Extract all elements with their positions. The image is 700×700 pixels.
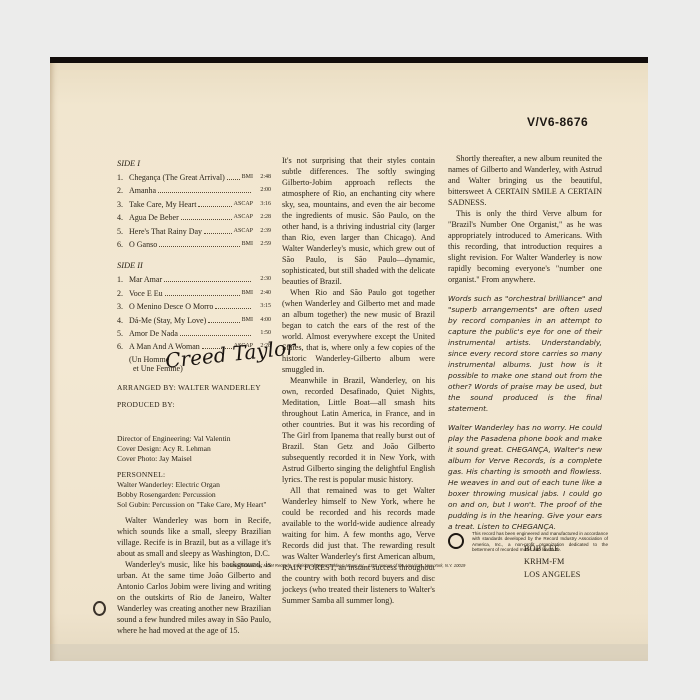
track-duration: 2:59	[255, 239, 271, 250]
riaa-seal-icon	[448, 533, 464, 549]
liner-paragraph: All that remained was to get Walter Wand…	[282, 485, 435, 606]
track-license: BMI	[242, 172, 253, 183]
track-row: 5.Amor De Nada1:50	[117, 328, 271, 339]
track-title: Dá-Me (Stay, My Love)	[129, 315, 206, 326]
track-title: Chegança (The Great Arrival)	[129, 172, 225, 183]
liner-notes-column-3: Shortly thereafter, a new album reunited…	[448, 153, 602, 581]
track-number: 1.	[117, 172, 129, 183]
leader-dots	[164, 274, 251, 282]
track-row: 2.Voce E EuBMI2:40	[117, 288, 271, 299]
manufacturer-line: Manufactured by: MGM Records, a division…	[230, 563, 465, 568]
leader-dots	[180, 328, 251, 336]
track-row: 5.Here's That Rainy DayASCAP2:39	[117, 226, 271, 237]
liner-notes-column-2: It's not surprising that their styles co…	[282, 155, 435, 606]
track-title: O Ganso	[129, 239, 157, 250]
track-license: ASCAP	[234, 212, 253, 223]
track-row: 2.Amanha2:00	[117, 185, 271, 196]
liner-paragraph: Walter Wanderley was born in Recife, whi…	[117, 515, 271, 559]
liner-paragraph-italic: Walter Wanderley has no worry. He could …	[448, 422, 602, 532]
leader-dots	[159, 239, 239, 247]
personnel-line: Walter Wanderley: Electric Organ	[117, 480, 271, 490]
track-title: Amanha	[129, 185, 156, 196]
liner-paragraph-italic: Words such as "orchestral brilliance" an…	[448, 293, 602, 414]
track-duration: 2:30	[255, 274, 271, 285]
leader-dots	[198, 199, 231, 207]
liner-paragraph: It's not surprising that their styles co…	[282, 155, 435, 287]
liner-paragraph: When Rio and São Paulo got together (whe…	[282, 287, 435, 375]
side-1-tracklist: 1.Chegança (The Great Arrival)BMI2:482.A…	[117, 172, 271, 250]
liner-paragraph: This is only the third Verve album for "…	[448, 208, 602, 285]
arranged-by: ARRANGED BY: WALTER WANDERLEY	[117, 382, 271, 393]
track-number: 3.	[117, 301, 129, 312]
track-row: 3.O Menino Desce O Morro3:15	[117, 301, 271, 312]
track-number: 6.	[117, 239, 129, 250]
track-row: 3.Take Care, My HeartASCAP3:16	[117, 199, 271, 210]
riaa-notice: This record has been engineered and manu…	[448, 531, 608, 553]
top-edge-bar	[50, 57, 648, 63]
track-duration: 3:15	[255, 301, 271, 312]
track-license: BMI	[242, 288, 253, 299]
side-2-heading: SIDE II	[117, 260, 271, 271]
signoff-station: KRHM-FM	[524, 555, 602, 568]
track-number: 4.	[117, 315, 129, 326]
track-number: 3.	[117, 199, 129, 210]
track-number: 5.	[117, 328, 129, 339]
leader-dots	[181, 212, 232, 220]
track-license: ASCAP	[234, 226, 253, 237]
personnel-line: Bobby Rosengarden: Percussion	[117, 490, 271, 500]
track-title: O Menino Desce O Morro	[129, 301, 213, 312]
credit-line: Cover Photo: Jay Maisel	[117, 454, 271, 464]
track-title: Mar Amar	[129, 274, 162, 285]
signoff-city: LOS ANGELES	[524, 568, 602, 581]
track-title: Voce E Eu	[129, 288, 163, 299]
credit-line: Director of Engineering: Val Valentin	[117, 434, 271, 444]
track-title: Take Care, My Heart	[129, 199, 196, 210]
track-title: Agua De Beber	[129, 212, 179, 223]
track-number: 1.	[117, 274, 129, 285]
personnel-line: Sol Gubin: Percussion on "Take Care, My …	[117, 500, 271, 510]
liner-paragraph: Wanderley's music, like his background, …	[117, 559, 271, 636]
riaa-notice-text: This record has been engineered and manu…	[472, 531, 608, 553]
track-number: 2.	[117, 185, 129, 196]
track-license: ASCAP	[234, 199, 253, 210]
track-number: 6.	[117, 341, 129, 352]
track-row: 6.O GansoBMI2:59	[117, 239, 271, 250]
leader-dots	[158, 185, 251, 193]
track-title: Amor De Nada	[129, 328, 178, 339]
track-duration: 2:00	[255, 185, 271, 196]
personnel-heading: PERSONNEL:	[117, 469, 271, 480]
catalog-number: V/V6-8676	[527, 115, 588, 129]
track-row: 4.Dá-Me (Stay, My Love)BMI4:00	[117, 315, 271, 326]
track-license: BMI	[242, 239, 253, 250]
track-row: 1.Mar Amar2:30	[117, 274, 271, 285]
track-duration: 4:00	[255, 315, 271, 326]
leader-dots	[227, 172, 240, 180]
track-duration: 3:16	[255, 199, 271, 210]
leader-dots	[165, 288, 240, 296]
track-duration: 2:48	[255, 172, 271, 183]
track-duration: 2:40	[255, 288, 271, 299]
track-duration: 2:28	[255, 212, 271, 223]
track-license: BMI	[242, 315, 253, 326]
liner-paragraph: Meanwhile in Brazil, Wanderley, on his o…	[282, 375, 435, 485]
punch-hole-icon	[93, 601, 106, 616]
track-title: Here's That Rainy Day	[129, 226, 202, 237]
track-number: 2.	[117, 288, 129, 299]
track-number: 4.	[117, 212, 129, 223]
track-number: 5.	[117, 226, 129, 237]
leader-dots	[215, 301, 251, 309]
track-row: 1.Chegança (The Great Arrival)BMI2:48	[117, 172, 271, 183]
side-1-heading: SIDE I	[117, 158, 271, 169]
credit-line: Cover Design: Acy R. Lehman	[117, 444, 271, 454]
leader-dots	[204, 226, 232, 234]
liner-paragraph: Shortly thereafter, a new album reunited…	[448, 153, 602, 208]
track-duration: 2:39	[255, 226, 271, 237]
leader-dots	[208, 315, 239, 323]
produced-by-label: PRODUCED BY:	[117, 399, 271, 410]
track-row: 4.Agua De BeberASCAP2:28	[117, 212, 271, 223]
bottom-edge-band	[50, 644, 648, 661]
